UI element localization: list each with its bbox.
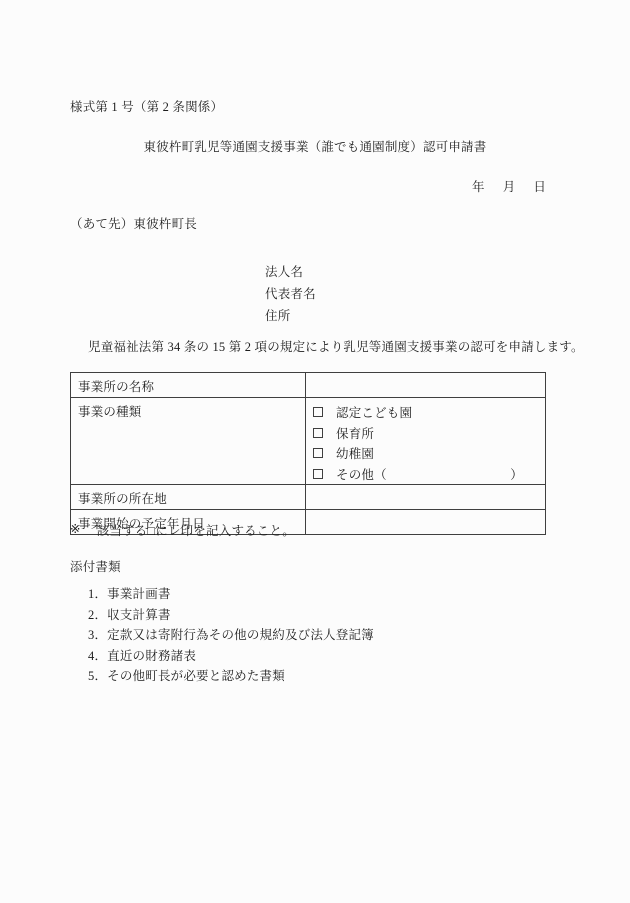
applicant-field-representative-name: 代表者名: [265, 283, 316, 305]
row-label-cell: 事業所の所在地: [71, 485, 306, 510]
checkbox-icon: [313, 448, 323, 458]
attachment-item: 5．その他町長が必要と認めた書類: [70, 666, 374, 687]
attachment-item: 3．定款又は寄附行為その他の規約及び法人登記簿: [70, 625, 374, 646]
row-label: 事業所の名称: [78, 380, 154, 394]
note: ※ 該当する□にレ印を記入すること。: [70, 521, 295, 539]
option-label: 保育所: [336, 424, 374, 442]
application-table: 事業所の名称 事業の種類 認定こども園 保育所: [70, 372, 546, 535]
date-month-label: 月: [503, 177, 516, 195]
attachments: 添付書類 1．事業計画書 2．収支計算書 3．定款又は寄附行為その他の規約及び法…: [70, 557, 374, 687]
form-number: 様式第 1 号（第 2 条関係）: [70, 97, 223, 115]
row-label-cell: 事業所の名称: [71, 373, 306, 398]
applicant-fields: 法人名 代表者名 住所: [265, 261, 316, 327]
document-page: 様式第 1 号（第 2 条関係） 東彼杵町乳児等通園支援事業（誰でも通園制度）認…: [0, 0, 630, 903]
option-certified-kodomoen: 認定こども園: [306, 402, 545, 423]
option-label: その他（: [336, 465, 387, 483]
option-other: その他（ ）: [306, 464, 545, 485]
checkbox-icon: [313, 407, 323, 417]
row-value-cell: 認定こども園 保育所 幼稚園 その他（: [306, 398, 546, 485]
table-row-business-type: 事業の種類 認定こども園 保育所 幼稚園: [71, 398, 546, 485]
table-row-office-location: 事業所の所在地: [71, 485, 546, 510]
option-suffix: ）: [510, 465, 545, 483]
option-hoikusho: 保育所: [306, 423, 545, 444]
row-label: 事業所の所在地: [78, 492, 167, 506]
attachment-item: 1．事業計画書: [70, 584, 374, 605]
option-label: 認定こども園: [336, 403, 412, 421]
row-value-cell: [306, 485, 546, 510]
attachment-item: 2．収支計算書: [70, 605, 374, 626]
option-label: 幼稚園: [336, 444, 374, 462]
date-year-label: 年: [472, 177, 485, 195]
document-title: 東彼杵町乳児等通園支援事業（誰でも通園制度）認可申請書: [0, 137, 630, 155]
attachments-list: 1．事業計画書 2．収支計算書 3．定款又は寄附行為その他の規約及び法人登記簿 …: [70, 584, 374, 687]
row-value-cell: [306, 510, 546, 535]
option-yochien: 幼稚園: [306, 443, 545, 464]
attachment-item: 4．直近の財務諸表: [70, 646, 374, 667]
note-text: 該当する□にレ印を記入すること。: [97, 521, 295, 539]
row-label: 事業の種類: [78, 405, 142, 419]
applicant-field-address: 住所: [265, 305, 316, 327]
checkbox-icon: [313, 428, 323, 438]
row-label-cell: 事業の種類: [71, 398, 306, 485]
checkbox-icon: [313, 469, 323, 479]
row-value-cell: [306, 373, 546, 398]
applicant-field-corporate-name: 法人名: [265, 261, 316, 283]
date-day-label: 日: [533, 177, 546, 195]
application-statement: 児童福祉法第 34 条の 15 第 2 項の規定により乳児等通園支援事業の認可を…: [88, 337, 584, 355]
date-line: 年 月 日: [472, 177, 546, 195]
table-row-office-name: 事業所の名称: [71, 373, 546, 398]
addressee: （あて先）東彼杵町長: [70, 214, 197, 232]
note-marker: ※: [70, 521, 81, 539]
attachments-heading: 添付書類: [70, 557, 374, 575]
